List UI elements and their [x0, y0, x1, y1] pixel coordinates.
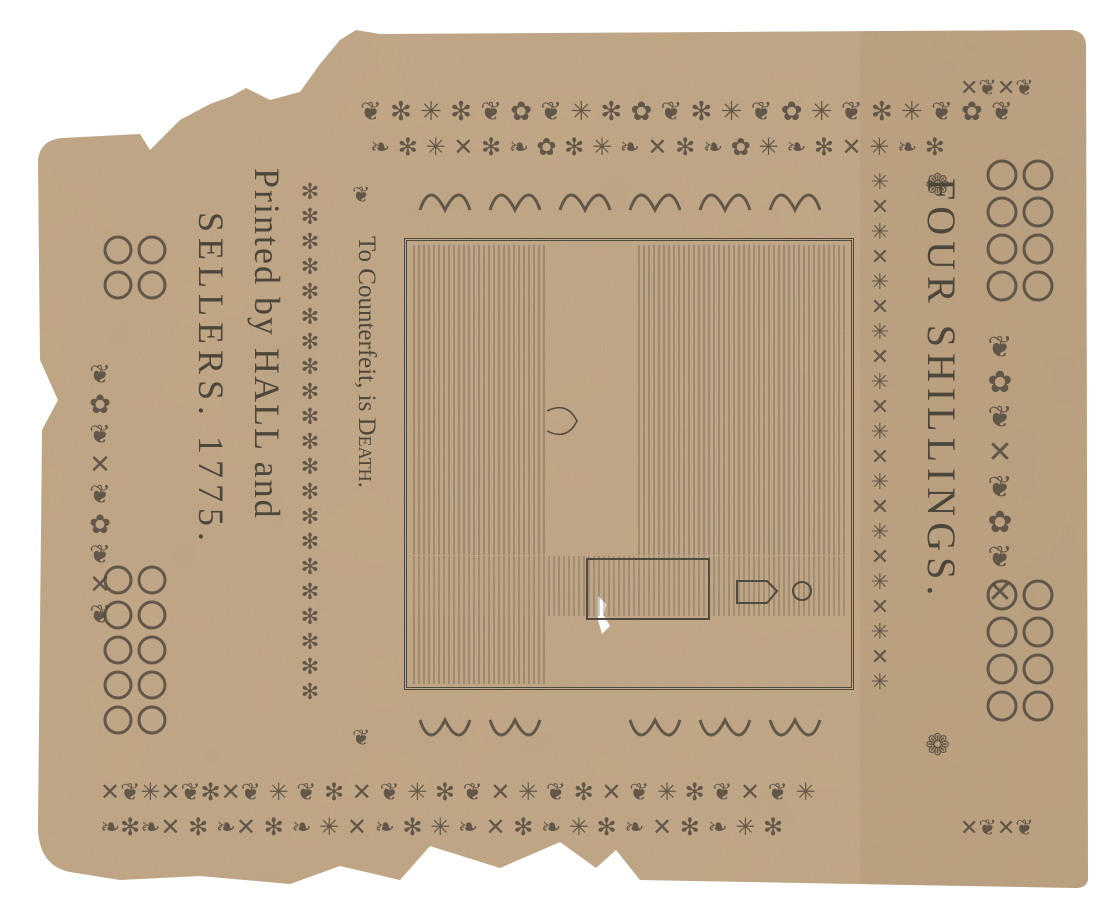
printer-line-2: SELLERS. 1775.	[190, 212, 232, 547]
svg-text:❧✻❧✕ ✻ ❧✕ ✻ ❧ ✳ ✕ ❧ ✻ ✳ ❧ ✕ ✻: ❧✻❧✕ ✻ ❧✕ ✻ ❧ ✳ ✕ ❧ ✻ ✳ ❧ ✕ ✻ ❧ ✳ ✻ ❧ ✕ …	[100, 813, 783, 841]
svg-text:❧ ✻ ✳ ✕ ✻ ❧ ✿ ✻ ✳ ❧ ✕ ✻ ❧ ✿ ✳: ❧ ✻ ✳ ✕ ✻ ❧ ✿ ✻ ✳ ❧ ✕ ✻ ❧ ✿ ✳ ❧ ✻ ✕ ✳ ❧ …	[370, 133, 945, 161]
warning-prefix: To Counterfeit, is	[353, 236, 380, 418]
printer-line-1: Printed by HALL and	[246, 168, 288, 520]
svg-text:✳✕✳✕✳✕✳✕✳✕✳✕✳✕✳✕✳✕✳✕✳: ✳✕✳✕✳✕✳✕✳✕✳✕✳✕✳✕✳✕✳✕✳	[868, 170, 893, 695]
vignette-frame	[404, 238, 854, 690]
svg-text:❦: ❦	[352, 726, 370, 751]
counterfeit-warning: To Counterfeit, is Death.	[352, 236, 380, 488]
svg-text:❦✿❦✕❦✿❦✕❦: ❦✿❦✕❦✿❦✕❦	[85, 360, 115, 630]
svg-text:✕❦✳✕❦✻✕❦ ✳ ❦ ✻ ✕ ❦ ✳ ✻ ❦ ✕ ✳ ❦: ✕❦✳✕❦✻✕❦ ✳ ❦ ✻ ✕ ❦ ✳ ✻ ❦ ✕ ✳ ❦ ✻ ✕ ❦ ✳ ✻…	[100, 778, 816, 806]
svg-text:❁: ❁	[925, 728, 950, 763]
vignette-woodcut	[407, 241, 851, 687]
svg-text:❦✿❦✕❦✿❦✕: ❦✿❦✕❦✿❦✕	[983, 330, 1018, 610]
banknote: ✻✻✻✻✻✻✻✻✻✻✻✻✻✻✻✻✻✻✻✻✻ ✳✕✳✕✳✕✳✕✳✕✳✕✳✕✳✕✳✕…	[0, 0, 1108, 907]
warning-emphasis: Death.	[353, 418, 380, 488]
svg-text:✕❦✕❦: ✕❦✕❦	[960, 816, 1034, 841]
svg-text:❦: ❦	[352, 183, 370, 208]
svg-text:✻✻✻✻✻✻✻✻✻✻✻✻✻✻✻✻✻✻✻✻✻: ✻✻✻✻✻✻✻✻✻✻✻✻✻✻✻✻✻✻✻✻✻	[298, 180, 323, 705]
denomination-text: FOUR SHILLINGS.	[918, 178, 965, 601]
svg-text:❦ ✻ ✳ ✻ ❦ ✿ ❦ ✳ ✻ ✿ ❦ ✻ ✳ ❦ ✿: ❦ ✻ ✳ ✻ ❦ ✿ ❦ ✳ ✻ ✿ ❦ ✻ ✳ ❦ ✿ ✳ ❦ ✻ ✳ ❦ …	[360, 97, 1013, 127]
svg-text:✕❦✕❦: ✕❦✕❦	[960, 76, 1034, 101]
